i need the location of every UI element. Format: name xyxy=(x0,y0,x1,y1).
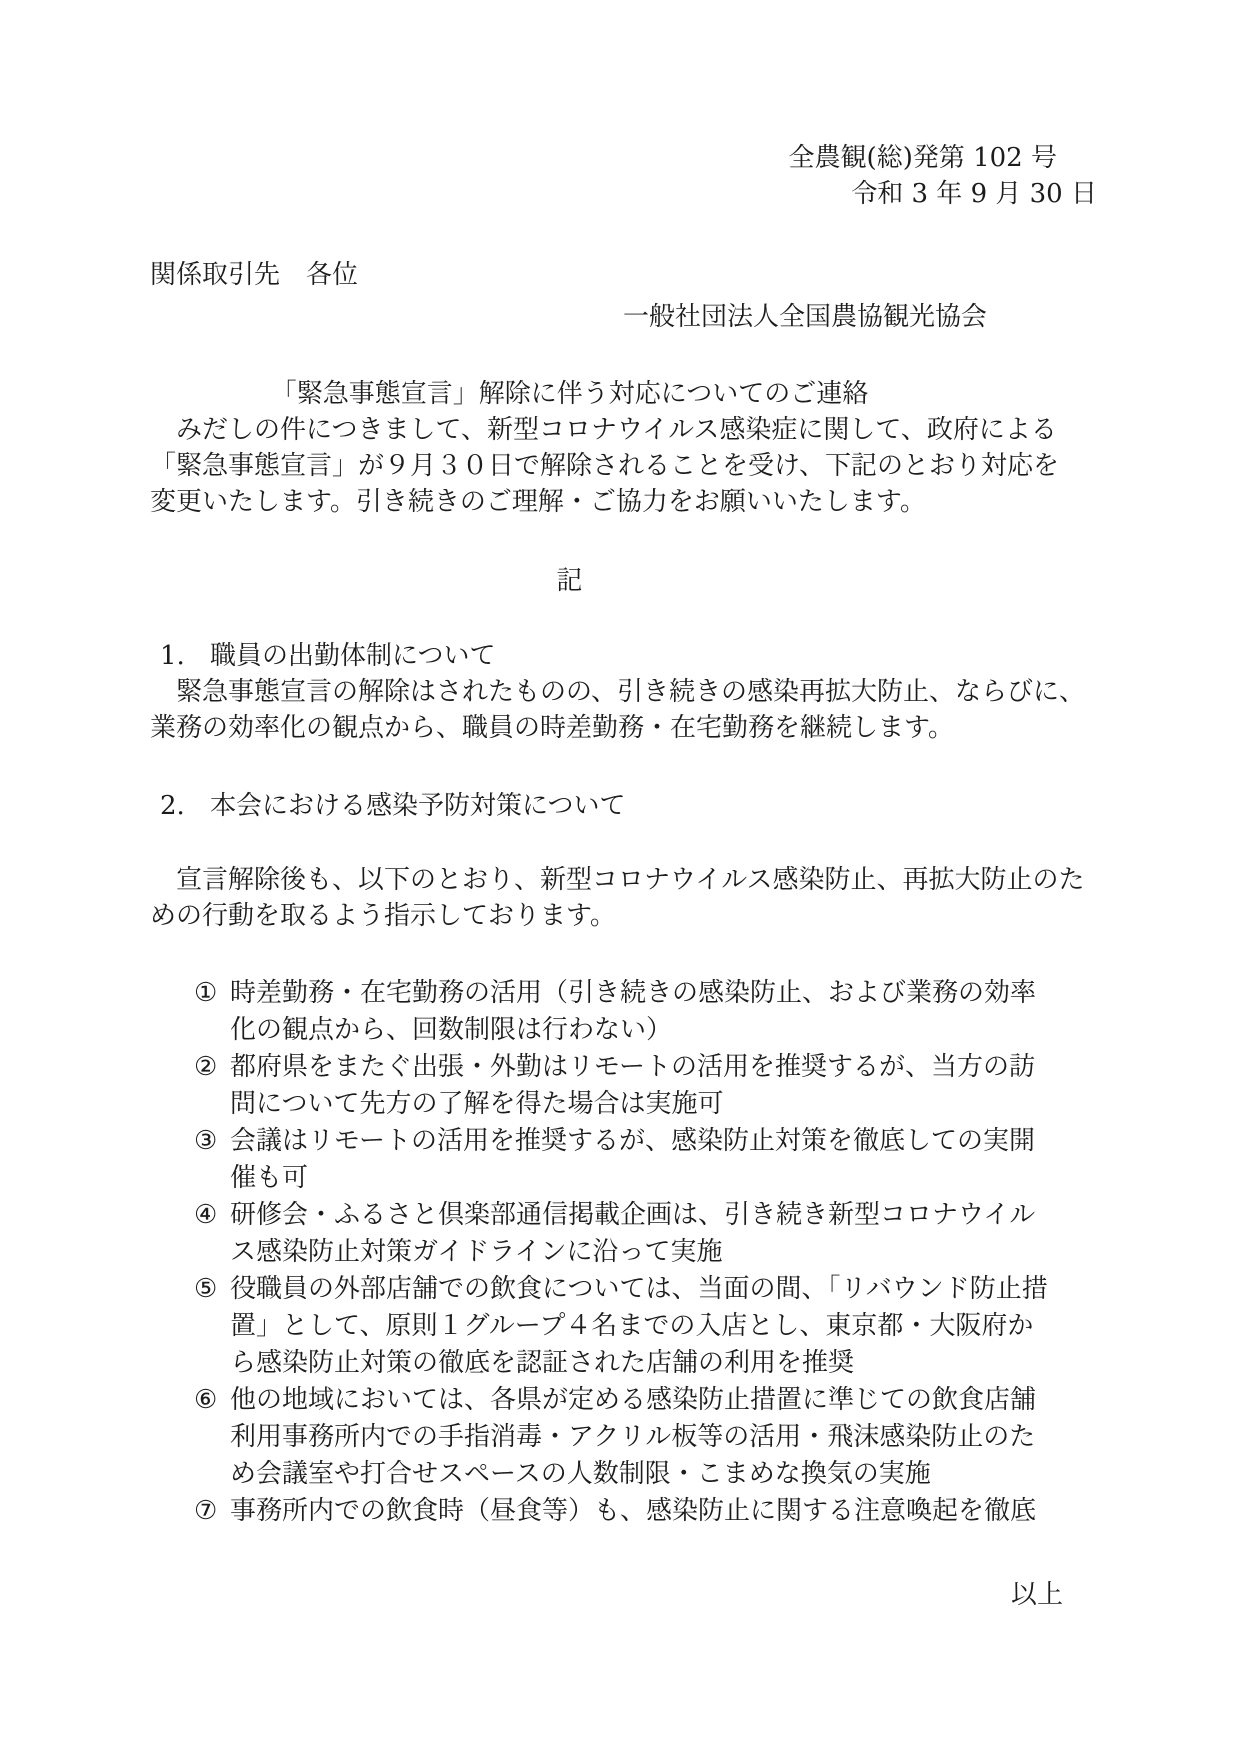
measure-item-6-marker: ⑥ xyxy=(194,1382,217,1419)
section-2-heading: 2.本会における感染予防対策について xyxy=(150,788,1129,824)
measure-item-2: ② 都府県をまたぐ出張・外勤はリモートの活用を推奨するが、当方の訪問について先方… xyxy=(150,1049,1050,1123)
section-2-title: 本会における感染予防対策について xyxy=(210,791,625,821)
opening-paragraph: みだしの件につきまして、新型コロナウイルス感染症に関して、政府による「緊急事態宣… xyxy=(150,412,1078,520)
measure-item-7: ⑦ 事務所内での飲食時（昼食等）も、感染防止に関する注意喚起を徹底 xyxy=(150,1493,1050,1530)
measure-item-7-text: 事務所内での飲食時（昼食等）も、感染防止に関する注意喚起を徹底 xyxy=(230,1496,1036,1526)
measure-item-5-text: 役職員の外部店舗での飲食については、当面の間、「リバウンド防止措置」として、原則… xyxy=(230,1274,1048,1378)
measure-item-4: ④ 研修会・ふるさと倶楽部通信掲載企画は、引き続き新型コロナウイルス感染防止対策… xyxy=(150,1197,1050,1271)
section-2-body: 宣言解除後も、以下のとおり、新型コロナウイルス感染防止、再拡大防止のための行動を… xyxy=(150,862,1100,934)
section-1-heading: 1.職員の出勤体制について xyxy=(150,638,1129,674)
closing-marker: 以上 xyxy=(150,1577,1129,1613)
measure-item-3: ③ 会議はリモートの活用を推奨するが、感染防止対策を徹底しての実開催も可 xyxy=(150,1123,1050,1197)
measure-item-1-text: 時差勤務・在宅勤務の活用（引き続きの感染防止、および業務の効率化の観点から、回数… xyxy=(230,978,1036,1045)
document-title: 「緊急事態宣言」解除に伴う対応についてのご連絡 xyxy=(150,376,989,412)
measure-item-5-marker: ⑤ xyxy=(194,1271,217,1308)
recipient-line: 関係取引先 各位 xyxy=(150,257,1129,293)
sender-organization: 一般社団法人全国農協観光協会 xyxy=(150,299,1129,335)
record-marker: 記 xyxy=(150,563,989,599)
measure-item-6-text: 他の地域においては、各県が定める感染防止措置に準じての飲食店舗利用事務所内での手… xyxy=(230,1385,1036,1489)
section-1-title: 職員の出勤体制について xyxy=(210,641,495,671)
doc-number: 全農観(総)発第 102 号 xyxy=(150,140,1129,176)
measures-list: ① 時差勤務・在宅勤務の活用（引き続きの感染防止、および業務の効率化の観点から、… xyxy=(150,975,1129,1530)
measure-item-3-text: 会議はリモートの活用を推奨するが、感染防止対策を徹底しての実開催も可 xyxy=(230,1126,1035,1193)
measure-item-4-text: 研修会・ふるさと倶楽部通信掲載企画は、引き続き新型コロナウイルス感染防止対策ガイ… xyxy=(230,1200,1035,1267)
measure-item-7-marker: ⑦ xyxy=(194,1493,217,1530)
section-1: 1.職員の出勤体制について 緊急事態宣言の解除はされたものの、引き続きの感染再拡… xyxy=(150,638,1129,746)
measure-item-3-marker: ③ xyxy=(194,1123,217,1160)
measure-item-1: ① 時差勤務・在宅勤務の活用（引き続きの感染防止、および業務の効率化の観点から、… xyxy=(150,975,1050,1049)
measure-item-4-marker: ④ xyxy=(194,1197,217,1234)
doc-date: 令和 3 年 9 月 30 日 xyxy=(150,176,1129,212)
measure-item-1-marker: ① xyxy=(194,975,217,1012)
measure-item-6: ⑥ 他の地域においては、各県が定める感染防止措置に準じての飲食店舗利用事務所内で… xyxy=(150,1382,1050,1493)
measure-item-2-text: 都府県をまたぐ出張・外勤はリモートの活用を推奨するが、当方の訪問について先方の了… xyxy=(230,1052,1035,1119)
measure-item-2-marker: ② xyxy=(194,1049,217,1086)
section-2: 2.本会における感染予防対策について 宣言解除後も、以下のとおり、新型コロナウイ… xyxy=(150,788,1129,934)
section-1-body: 緊急事態宣言の解除はされたものの、引き続きの感染再拡大防止、ならびに、業務の効率… xyxy=(150,674,1100,746)
measure-item-5: ⑤ 役職員の外部店舗での飲食については、当面の間、「リバウンド防止措置」として、… xyxy=(150,1271,1050,1382)
section-1-number: 1. xyxy=(150,638,210,674)
document-page: 全農観(総)発第 102 号 令和 3 年 9 月 30 日 関係取引先 各位 … xyxy=(0,0,1241,1755)
section-2-number: 2. xyxy=(150,788,210,824)
